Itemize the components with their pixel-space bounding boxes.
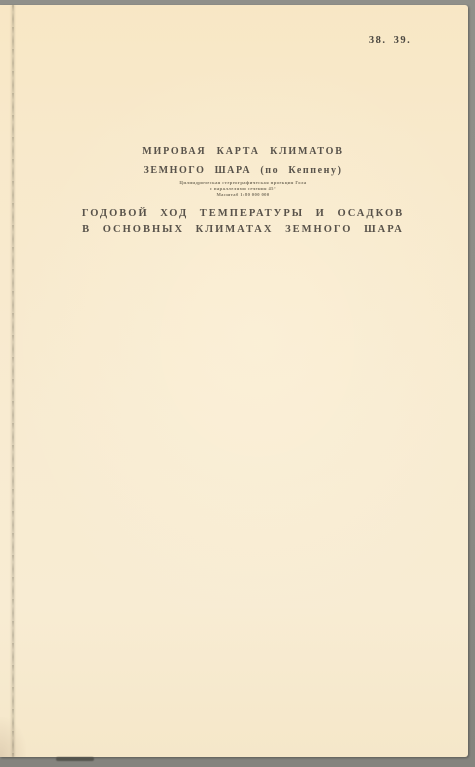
map-title-line-2: ЗЕМНОГО ШАРА (по Кеппену)	[18, 165, 468, 176]
caption-scale-line: Масштаб 1:80 000 000	[18, 192, 468, 198]
crease-speckle-texture	[12, 5, 14, 757]
subtitle-line-2: В ОСНОВНЫХ КЛИМАТАХ ЗЕМНОГО ШАРА	[18, 224, 468, 235]
map-title-line-1: МИРОВАЯ КАРТА КЛИМАТОВ	[18, 146, 468, 157]
subtitle-line-1: ГОДОВОЙ ХОД ТЕМПЕРАТУРЫ И ОСАДКОВ	[18, 208, 468, 219]
projection-caption: Цилиндрическая стереографическая проекци…	[18, 180, 468, 198]
scan-edge-smudge	[56, 757, 94, 761]
bottom-left-corner-shading	[0, 717, 26, 757]
plate-number: 38. 39.	[340, 35, 440, 46]
scanned-atlas-page: 38. 39. МИРОВАЯ КАРТА КЛИМАТОВ ЗЕМНОГО Ш…	[0, 0, 475, 767]
paper-sheet	[0, 5, 468, 757]
